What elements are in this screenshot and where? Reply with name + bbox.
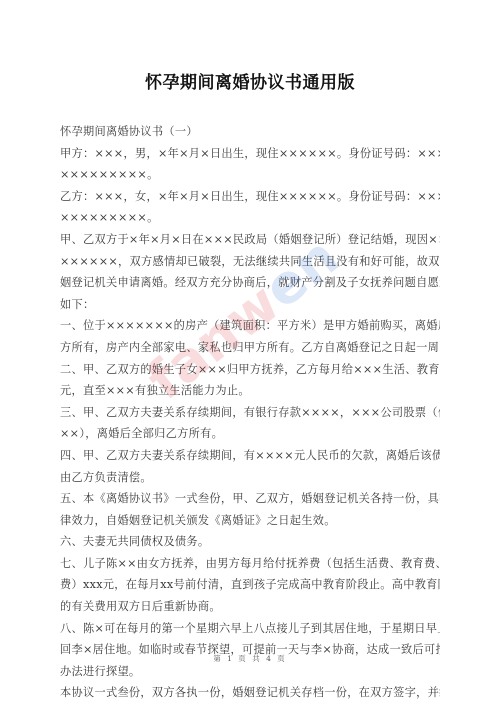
document-line: 律效力，自婚姻登记机关颁发《离婚证》之日起生效。: [60, 510, 440, 532]
document-line: 怀孕期间离婚协议书（一）: [60, 121, 440, 143]
document-line: 二、甲、乙双方的婚生子女×××归甲方抚养，乙方每月给×××生活、教育费××: [60, 359, 440, 381]
document-line: 五、本《离婚协议书》一式叁份，甲、乙双方，婚姻登记机关各持一份，具有同等法: [60, 488, 440, 510]
document-line: ×××××××××。: [60, 164, 440, 186]
page-number-footer: 第 1 页 共 4 页: [0, 653, 500, 664]
document-line: 由乙方负责清偿。: [60, 467, 440, 489]
document-line: 元，直至×××有独立生活能力为止。: [60, 380, 440, 402]
document-line: 如下：: [60, 294, 440, 316]
document-line: 三、甲、乙双方夫妻关系存续期间，有银行存款××××，×××公司股票（价值×: [60, 402, 440, 424]
document-line: 一、位于×××××××的房产（建筑面积：平方米）是甲方婚前购买，离婚后归甲: [60, 315, 440, 337]
document-line: 费）xxx元，在每月xx号前付清，直到孩子完成高中教育阶段止。高中教育阶段之后: [60, 574, 440, 596]
document-line: 姻登记机关申请离婚。经双方充分协商后，就财产分割及子女抚养问题自愿达成协议: [60, 272, 440, 294]
document-line: 甲、乙双方于×年×月×日在×××民政局（婚姻登记所）登记结婚，现因××××: [60, 229, 440, 251]
document-line: ××××××，双方感情却已破裂，无法继续共同生活且没有和好可能，故双方向婚: [60, 251, 440, 273]
document-line: 方所有，房产内全部家电、家私也归甲方所有。乙方自离婚登记之日起一周内搬出。: [60, 337, 440, 359]
document-line: 乙方：×××，女，×年×月×日出生，现住××××××。身份证号码：××××: [60, 186, 440, 208]
document-line: 六、夫妻无共同债权及债务。: [60, 531, 440, 553]
document-line: 的有关费用双方日后重新协商。: [60, 596, 440, 618]
document-title: 怀孕期间离婚协议书通用版: [0, 68, 500, 93]
document-line: 七、儿子陈××由女方抚养，由男方每月给付抚养费（包括生活费、教育费、医疗: [60, 553, 440, 575]
document-line: ××），离婚后全部归乙方所有。: [60, 423, 440, 445]
document-line: 八、陈×可在每月的第一个星期六早上八点接儿子到其居住地，于星期日早上九点送: [60, 618, 440, 640]
document-line: 本协议一式叁份，双方各执一份，婚姻登记机关存档一份，在双方签字，并经婚姻登: [60, 682, 440, 704]
document-page: 怀孕期间离婚协议书通用版 怀孕期间离婚协议书（一）甲方：×××，男，×年×月×日…: [0, 0, 500, 706]
document-line: 办法进行探望。: [60, 661, 440, 683]
document-body: 怀孕期间离婚协议书（一）甲方：×××，男，×年×月×日出生，现住××××××。身…: [60, 121, 440, 704]
document-line: 甲方：×××，男，×年×月×日出生，现住××××××。身份证号码：××××: [60, 143, 440, 165]
document-line: 四、甲、乙双方夫妻关系存续期间，有××××元人民币的欠款，离婚后该债务全部: [60, 445, 440, 467]
document-line: ×××××××××。: [60, 207, 440, 229]
